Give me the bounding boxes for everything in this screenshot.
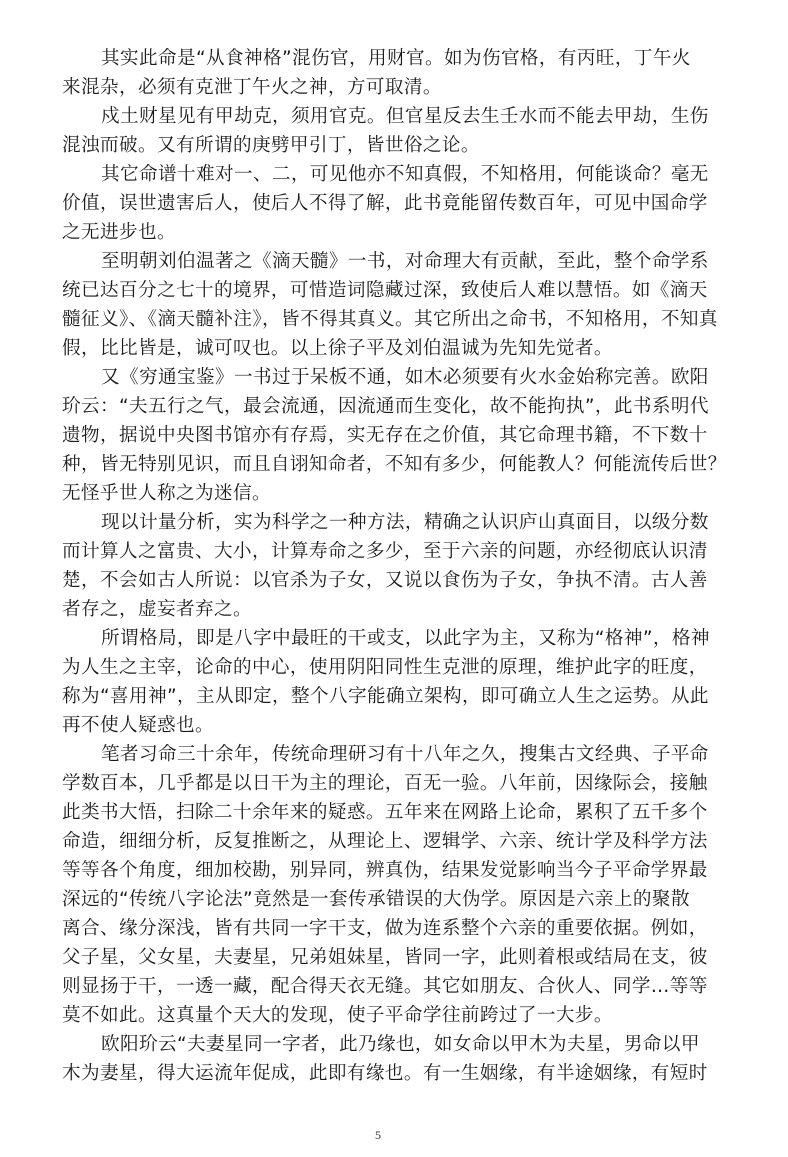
- text-line: 深远的“传统八字论法”竟然是一套传承错误的大伪学。原因是六亲上的聚散: [62, 885, 688, 914]
- text-line: 髓征义》、《滴天髓补注》，皆不得其真义。其它所出之命书，不知格用，不知真: [62, 305, 688, 334]
- text-line: 笔者习命三十余年，传统命理研习有十八年之久，搜集古文经典、子平命: [62, 740, 688, 769]
- text-line: 而计算人之富贵、大小，计算寿命之多少，至于六亲的问题，亦经彻底认识清: [62, 537, 688, 566]
- text-line: 混浊而破。又有所谓的庚劈甲引丁，皆世俗之论。: [62, 131, 688, 160]
- page-number: 5: [0, 1128, 756, 1143]
- text-line: 离合、缘分深浅，皆有共同一字干支，做为连系整个六亲的重要依据。例如，: [62, 914, 688, 943]
- text-line: 父子星，父女星，夫妻星，兄弟姐妹星，皆同一字，此则着根或结局在支，彼: [62, 943, 688, 972]
- text-line: 至明朝刘伯温著之《滴天髓》一书，对命理大有贡献，至此，整个命学系: [62, 247, 688, 276]
- text-line: 欧阳玠云“夫妻星同一字者，此乃缘也，如女命以甲木为夫星，男命以甲: [62, 1030, 688, 1059]
- text-line: 现以计量分析，实为科学之一种方法，精确之认识庐山真面目，以级分数: [62, 508, 688, 537]
- text-line: 遗物，据说中央图书馆亦有存焉，实无存在之价值，其它命理书籍，不下数十: [62, 421, 688, 450]
- text-line: 为人生之主宰，论命的中心，使用阴阳同性生克泄的原理，维护此字的旺度，: [62, 653, 688, 682]
- text-line: 种，皆无特别见识，而且自诩知命者，不知有多少，何能教人？何能流传后世？: [62, 450, 688, 479]
- text-line: 则显扬于干，一透一藏，配合得天衣无缝。其它如朋友、合伙人、同学…等等: [62, 972, 688, 1001]
- text-line: 又《穷通宝鉴》一书过于呆板不通，如木必须要有火水金始称完善。欧阳: [62, 363, 688, 392]
- text-line: 之无进步也。: [62, 218, 688, 247]
- text-line: 假，比比皆是，诚可叹也。以上徐子平及刘伯温诚为先知先觉者。: [62, 334, 688, 363]
- text-line: 其实此命是“从食神格”混伤官，用财官。如为伤官格，有丙旺，丁午火: [62, 44, 688, 73]
- text-line: 所谓格局，即是八字中最旺的干或支，以此字为主，又称为“格神”，格神: [62, 624, 688, 653]
- text-line: 者存之，虚妄者弃之。: [62, 595, 688, 624]
- text-line: 价值，误世遗害后人，使后人不得了解，此书竟能留传数百年，可见中国命学: [62, 189, 688, 218]
- text-line: 玠云：“夫五行之气，最会流通，因流通而生变化，故不能拘执”，此书系明代: [62, 392, 688, 421]
- document-body: 其实此命是“从食神格”混伤官，用财官。如为伤官格，有丙旺，丁午火 来混杂，必须有…: [62, 44, 688, 1088]
- text-line: 木为妻星，得大运流年促成，此即有缘也。有一生姻缘，有半途姻缘，有短时: [62, 1059, 688, 1088]
- text-line: 无怪乎世人称之为迷信。: [62, 479, 688, 508]
- text-line: 楚，不会如古人所说：以官杀为子女，又说以食伤为子女，争执不清。古人善: [62, 566, 688, 595]
- text-line: 其它命谱十难对一、二，可见他亦不知真假，不知格用，何能谈命？毫无: [62, 160, 688, 189]
- text-line: 莫不如此。这真量个天大的发现，使子平命学往前跨过了一大步。: [62, 1001, 688, 1030]
- text-line: 来混杂，必须有克泄丁午火之神，方可取清。: [62, 73, 688, 102]
- text-line: 等等各个角度，细加校勘，别异同，辨真伪，结果发觉影响当今子平命学界最: [62, 856, 688, 885]
- text-line: 统已达百分之七十的境界，可惜造词隐藏过深，致使后人难以慧悟。如《滴天: [62, 276, 688, 305]
- text-line: 称为“喜用神”，主从即定，整个八字能确立架构，即可确立人生之运势。从此: [62, 682, 688, 711]
- text-line: 戍土财星见有甲劫克，须用官克。但官星反去生壬水而不能去甲劫，生伤: [62, 102, 688, 131]
- text-line: 学数百本，几乎都是以日干为主的理论，百无一验。八年前，因缘际会，接触: [62, 769, 688, 798]
- text-line: 命造，细细分析，反复推断之，从理论上、逻辑学、六亲、统计学及科学方法: [62, 827, 688, 856]
- text-line: 此类书大悟，扫除二十余年来的疑惑。五年来在网路上论命，累积了五千多个: [62, 798, 688, 827]
- text-line: 再不使人疑惑也。: [62, 711, 688, 740]
